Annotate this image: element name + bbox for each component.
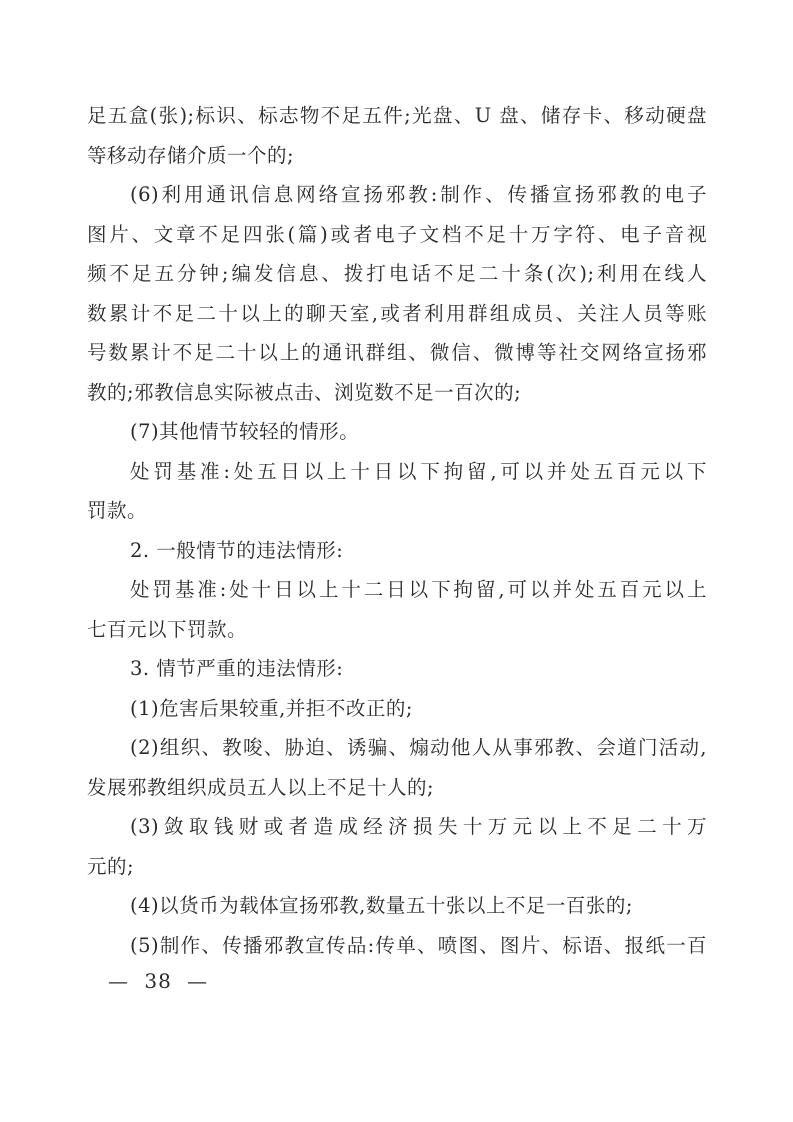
- paragraph: (6)利用通讯信息网络宣扬邪教:制作、传播宣扬邪教的电子图片、文章不足四张(篇)…: [87, 175, 707, 412]
- text-line: 处罚基准:处五日以上十日以下拘留,可以并处五百元以下: [87, 452, 707, 492]
- text-line: 2. 一般情节的违法情形:: [87, 531, 707, 571]
- text-line: 足五盒(张);标识、标志物不足五件;光盘、U 盘、储存卡、移动硬盘: [87, 96, 707, 136]
- text-line: 3. 情节严重的违法情形:: [87, 649, 707, 689]
- text-line: 频不足五分钟;编发信息、拨打电话不足二十条(次);利用在线人: [87, 254, 707, 294]
- paragraph: (4)以货币为载体宣扬邪教,数量五十张以上不足一百张的;: [87, 886, 707, 926]
- paragraph: (1)危害后果较重,并拒不改正的;: [87, 689, 707, 729]
- text-line: (7)其他情节较轻的情形。: [87, 412, 707, 452]
- text-line: 元的;: [87, 847, 707, 887]
- paragraph: (5)制作、传播邪教宣传品:传单、喷图、图片、标语、报纸一百: [87, 926, 707, 966]
- paragraph: 2. 一般情节的违法情形:: [87, 531, 707, 571]
- paragraph: (7)其他情节较轻的情形。: [87, 412, 707, 452]
- text-line: (2)组织、教唆、胁迫、诱骗、煽动他人从事邪教、会道门活动,: [87, 728, 707, 768]
- text-line: 罚款。: [87, 491, 707, 531]
- text-line: 等移动存储介质一个的;: [87, 136, 707, 176]
- text-line: (5)制作、传播邪教宣传品:传单、喷图、图片、标语、报纸一百: [87, 926, 707, 966]
- text-line: 数累计不足二十以上的聊天室,或者利用群组成员、关注人员等账: [87, 294, 707, 334]
- paragraph: 处罚基准:处十日以上十二日以下拘留,可以并处五百元以上七百元以下罚款。: [87, 570, 707, 649]
- paragraph: 处罚基准:处五日以上十日以下拘留,可以并处五百元以下罚款。: [87, 452, 707, 531]
- text-line: 号数累计不足二十以上的通讯群组、微信、微博等社交网络宣扬邪: [87, 333, 707, 373]
- text-line: 教的;邪教信息实际被点击、浏览数不足一百次的;: [87, 373, 707, 413]
- paragraph: 足五盒(张);标识、标志物不足五件;光盘、U 盘、储存卡、移动硬盘等移动存储介质…: [87, 96, 707, 175]
- paragraph: (2)组织、教唆、胁迫、诱骗、煽动他人从事邪教、会道门活动,发展邪教组织成员五人…: [87, 728, 707, 807]
- paragraph: 3. 情节严重的违法情形:: [87, 649, 707, 689]
- text-line: 图片、文章不足四张(篇)或者电子文档不足十万字符、电子音视: [87, 215, 707, 255]
- text-line: 七百元以下罚款。: [87, 610, 707, 650]
- text-line: (3)敛取钱财或者造成经济损失十万元以上不足二十万: [87, 807, 707, 847]
- page-footer: — 38 —: [108, 966, 208, 996]
- text-line: 发展邪教组织成员五人以上不足十人的;: [87, 768, 707, 808]
- text-line: (4)以货币为载体宣扬邪教,数量五十张以上不足一百张的;: [87, 886, 707, 926]
- text-line: (1)危害后果较重,并拒不改正的;: [87, 689, 707, 729]
- text-line: (6)利用通讯信息网络宣扬邪教:制作、传播宣扬邪教的电子: [87, 175, 707, 215]
- text-line: 处罚基准:处十日以上十二日以下拘留,可以并处五百元以上: [87, 570, 707, 610]
- document-page: 足五盒(张);标识、标志物不足五件;光盘、U 盘、储存卡、移动硬盘等移动存储介质…: [0, 0, 793, 1122]
- paragraph: (3)敛取钱财或者造成经济损失十万元以上不足二十万元的;: [87, 807, 707, 886]
- page-number: — 38 —: [108, 969, 208, 993]
- document-body: 足五盒(张);标识、标志物不足五件;光盘、U 盘、储存卡、移动硬盘等移动存储介质…: [87, 96, 707, 965]
